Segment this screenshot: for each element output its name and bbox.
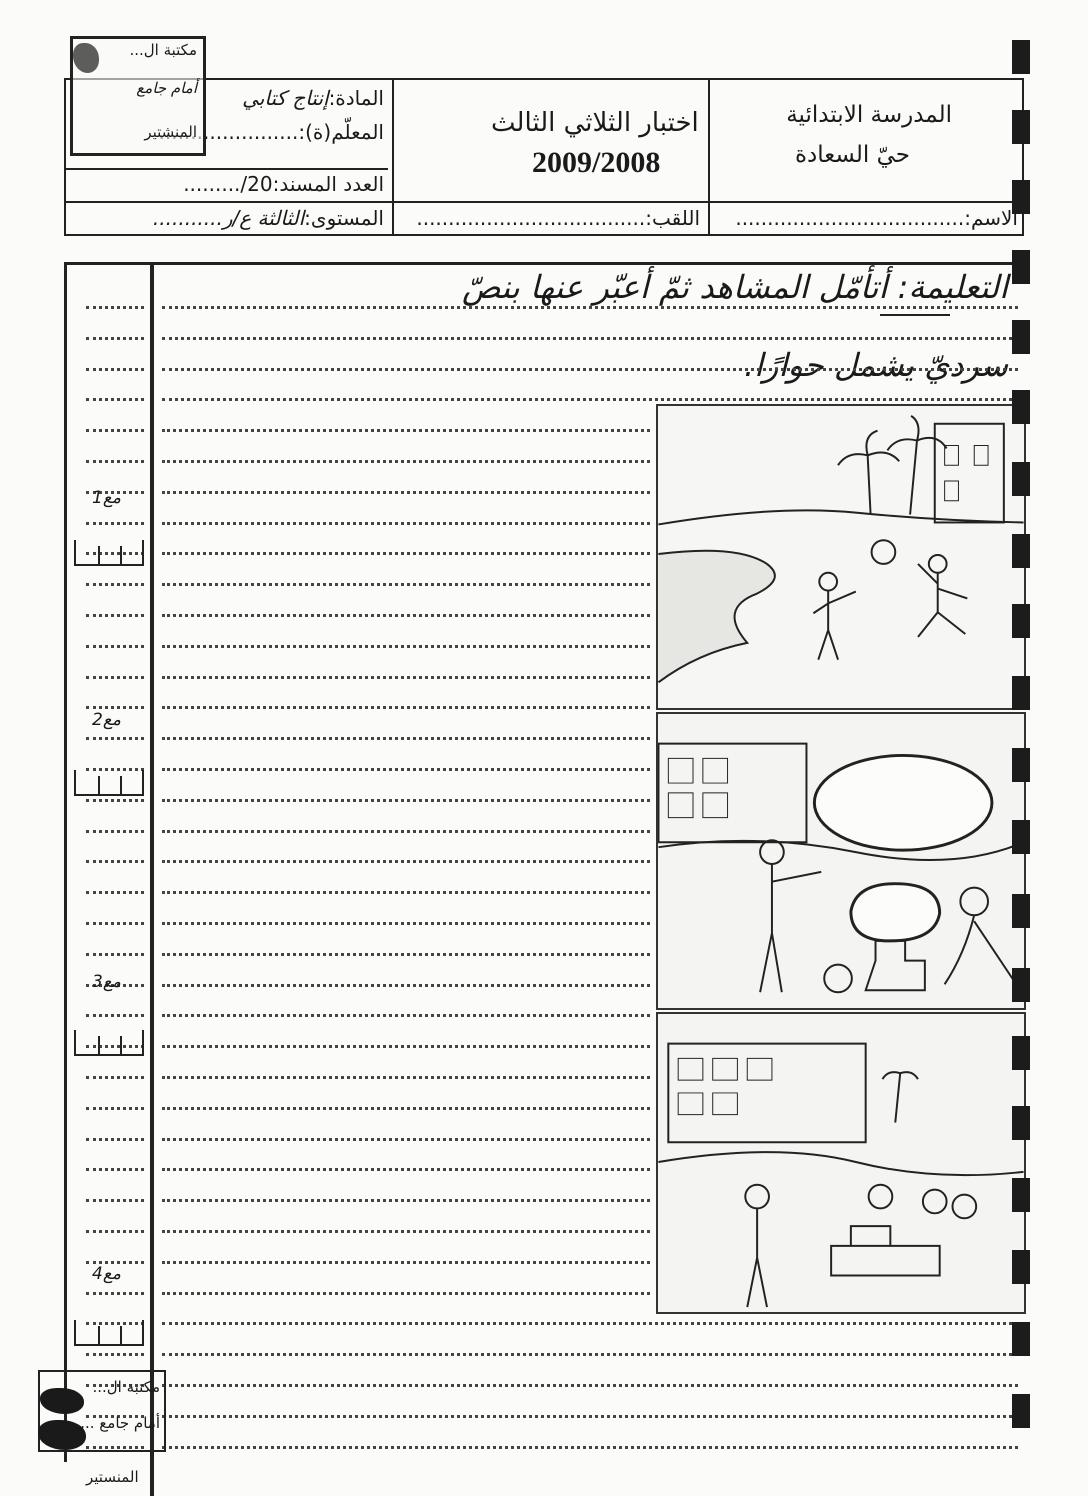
criterion-score-box[interactable] — [74, 540, 144, 566]
writing-line[interactable] — [162, 1261, 650, 1264]
beach-illustration-icon — [658, 406, 1024, 708]
stamp-line: مكتبة ال... — [129, 41, 197, 59]
binding-mark — [1012, 1036, 1030, 1070]
school-name: المدرسة الابتدائية — [786, 102, 952, 128]
score-column-line — [86, 860, 144, 863]
score-column-divider — [150, 262, 154, 1496]
score-column-line — [86, 368, 144, 371]
score-column-line — [86, 583, 144, 586]
writing-line[interactable] — [162, 1384, 1018, 1387]
writing-line[interactable] — [162, 1353, 1018, 1356]
score-column-line — [86, 676, 144, 679]
binding-mark — [1012, 1394, 1030, 1428]
writing-line[interactable] — [162, 552, 650, 555]
ink-smudge — [73, 43, 99, 73]
score-column-line — [86, 306, 144, 309]
level-label: المستوى: — [304, 206, 384, 230]
picture-family-sandcastle — [656, 1012, 1026, 1314]
binding-mark — [1012, 390, 1030, 424]
name-label: الاسم: — [964, 206, 1018, 230]
score-column-line — [86, 522, 144, 525]
writing-line[interactable] — [162, 429, 650, 432]
writing-line[interactable] — [162, 614, 650, 617]
writing-line[interactable] — [162, 1446, 1018, 1449]
stamp-line: المنشتير — [144, 123, 197, 141]
writing-line[interactable] — [162, 984, 650, 987]
level-field: المستوى:الثالثة ع/ر........... — [153, 206, 384, 230]
binding-mark — [1012, 894, 1030, 928]
writing-line[interactable] — [162, 830, 650, 833]
binding-mark — [1012, 604, 1030, 638]
writing-line[interactable] — [162, 1107, 650, 1110]
header-divider — [66, 168, 388, 170]
score-column-line — [86, 1230, 144, 1233]
score-column-line — [86, 922, 144, 925]
score-column-line — [86, 1292, 144, 1295]
family-sandcastle-illustration-icon — [658, 1014, 1024, 1312]
writing-line[interactable] — [162, 1138, 650, 1141]
writing-line[interactable] — [162, 1168, 650, 1171]
picture-sandcastle-dialogue — [656, 712, 1026, 1010]
writing-line[interactable] — [162, 368, 1018, 371]
writing-line[interactable] — [162, 676, 650, 679]
writing-line[interactable] — [162, 860, 650, 863]
subject-label: المادة: — [329, 86, 384, 110]
binding-mark — [1012, 676, 1030, 710]
binding-mark — [1012, 968, 1030, 1002]
binding-mark — [1012, 1322, 1030, 1356]
score-column-line — [86, 460, 144, 463]
criterion-score-box[interactable] — [74, 1030, 144, 1056]
binding-mark — [1012, 110, 1030, 144]
stamp-line: مكتبة ال... — [92, 1378, 160, 1396]
score-column-line — [86, 1107, 144, 1110]
writing-line[interactable] — [162, 737, 650, 740]
school-district: حيّ السعادة — [795, 142, 910, 168]
writing-line[interactable] — [162, 1415, 1018, 1418]
writing-line[interactable] — [162, 1076, 650, 1079]
writing-line[interactable] — [162, 306, 1018, 309]
school-year: 2009/2008 — [532, 146, 660, 180]
score-column-line — [86, 953, 144, 956]
writing-line[interactable] — [162, 583, 650, 586]
score-column-line — [86, 645, 144, 648]
criterion-score-box[interactable] — [74, 1320, 144, 1346]
score-column-line — [86, 799, 144, 802]
writing-line[interactable] — [162, 1045, 650, 1048]
score-value: 20/......... — [183, 172, 272, 196]
writing-line[interactable] — [162, 891, 650, 894]
score-column-line — [86, 1199, 144, 1202]
score-label: العدد المسند: — [273, 172, 384, 196]
stamp-line: أمام جامع ... — [80, 1414, 160, 1432]
criterion-label: مع1 — [92, 488, 121, 508]
score-column-line — [86, 706, 144, 709]
score-column-line — [86, 1076, 144, 1079]
score-column-line — [86, 398, 144, 401]
header-divider — [708, 80, 710, 234]
surname-label: اللقب: — [645, 206, 700, 230]
writing-line[interactable] — [162, 645, 650, 648]
binding-mark — [1012, 820, 1030, 854]
writing-line[interactable] — [162, 768, 650, 771]
binding-mark — [1012, 40, 1030, 74]
name-field[interactable]: الاسم:..................................… — [735, 206, 1018, 230]
score-column-line — [86, 891, 144, 894]
binding-mark — [1012, 1250, 1030, 1284]
subject-value: إنتاج كتابي — [242, 86, 328, 110]
writing-line[interactable] — [162, 1322, 1018, 1325]
picture-beach-play-ball — [656, 404, 1026, 710]
score-field: العدد المسند:20/......... — [183, 172, 384, 196]
subject-field: المادة:إنتاج كتابي — [242, 86, 384, 110]
score-column-line — [86, 337, 144, 340]
name-value: .................................... — [735, 206, 964, 230]
writing-line[interactable] — [162, 460, 650, 463]
header-table: المدرسة الابتدائية حيّ السعادة اختبار ال… — [64, 78, 1024, 236]
teacher-label: المعلّم(ة): — [298, 120, 384, 144]
writing-line[interactable] — [162, 922, 650, 925]
binding-mark — [1012, 180, 1030, 214]
writing-line[interactable] — [162, 1292, 650, 1295]
criterion-label: مع3 — [92, 972, 121, 992]
score-column-line — [86, 830, 144, 833]
writing-line[interactable] — [162, 1014, 650, 1017]
writing-line[interactable] — [162, 799, 650, 802]
criterion-label: مع4 — [92, 1264, 121, 1284]
binding-mark — [1012, 250, 1030, 284]
instruction-label: التعليمة: — [898, 268, 1008, 306]
exam-title: اختبار الثلاثي الثالث — [491, 108, 699, 138]
writing-line[interactable] — [162, 1199, 650, 1202]
criterion-score-box[interactable] — [74, 770, 144, 796]
sandcastle-dialogue-illustration-icon — [658, 714, 1024, 1008]
score-column-line — [86, 429, 144, 432]
surname-value: .................................... — [416, 206, 645, 230]
writing-line[interactable] — [162, 1230, 650, 1233]
instruction-underline — [880, 314, 950, 316]
surname-field[interactable]: اللقب:..................................… — [416, 206, 700, 230]
binding-mark — [1012, 748, 1030, 782]
header-divider — [392, 80, 394, 234]
bookshop-stamp-top: مكتبة ال... أمام جامع المنشتير — [70, 36, 206, 156]
instruction-line-2: سرديّ يشمل حوارًا. — [744, 346, 1008, 384]
writing-line[interactable] — [162, 337, 1018, 340]
criterion-label: مع2 — [92, 710, 121, 730]
writing-line[interactable] — [162, 491, 650, 494]
binding-mark — [1012, 462, 1030, 496]
binding-mark — [1012, 320, 1030, 354]
stamp-line: أمام جامع — [136, 79, 197, 97]
score-column-line — [86, 614, 144, 617]
writing-line[interactable] — [162, 522, 650, 525]
score-column-line — [86, 737, 144, 740]
level-value: الثالثة ع/ر........... — [153, 206, 304, 230]
score-column-line — [86, 1168, 144, 1171]
stamp-line: المنستير — [86, 1468, 139, 1486]
score-column-line — [86, 1138, 144, 1141]
binding-mark — [1012, 1178, 1030, 1212]
instruction-text-1: أتأمّل المشاهد ثمّ أعبّر عنها بنصّ — [462, 268, 887, 306]
score-column-line — [86, 1353, 144, 1356]
header-divider — [66, 201, 1022, 203]
score-column-line — [86, 1014, 144, 1017]
binding-mark — [1012, 534, 1030, 568]
instruction-line-1: التعليمة: أتأمّل المشاهد ثمّ أعبّر عنها … — [462, 268, 1008, 306]
binding-mark — [1012, 1106, 1030, 1140]
writing-line[interactable] — [162, 953, 650, 956]
writing-line[interactable] — [162, 706, 650, 709]
writing-line[interactable] — [162, 398, 1018, 401]
